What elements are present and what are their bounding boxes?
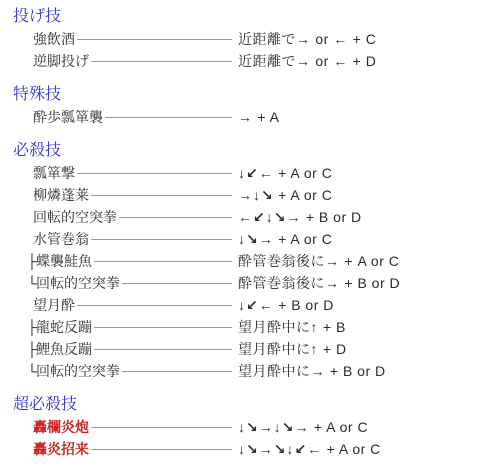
move-command: 酔管巻翁後に→ + B or D xyxy=(238,272,400,294)
move-name: 回転的空突拳 xyxy=(36,272,120,294)
leader-line xyxy=(119,217,232,218)
move-row: ├ 鯉魚反蹦 望月酔中に↑ + D xyxy=(0,338,480,360)
move-row-left: 水管巻翁 xyxy=(33,228,238,250)
section-heading: 投げ技 xyxy=(0,6,480,28)
move-row-left: └ 回転的空突拳 xyxy=(33,360,238,382)
move-row-left: 回転的空突拳 xyxy=(33,206,238,228)
leader-line xyxy=(91,239,232,240)
move-row: └ 回転的空突拳 望月酔中に→ + B or D xyxy=(0,360,480,382)
move-command: 酔管巻翁後に→ + A or C xyxy=(238,250,399,272)
move-command: 望月酔中に↑ + D xyxy=(238,338,347,360)
leader-line xyxy=(91,427,232,428)
move-command: 望月酔中に→ + B or D xyxy=(238,360,386,382)
move-name: 鯉魚反蹦 xyxy=(36,338,92,360)
section-heading: 必殺技 xyxy=(0,140,480,162)
move-row-left: 逆脚投げ xyxy=(33,50,238,72)
move-name: 轟炎招来 xyxy=(33,438,89,460)
move-name: 酔歩瓢箪襲 xyxy=(33,106,103,128)
move-row: 轟炎招来 ↓↘→↘↓↙← + A or C xyxy=(0,438,480,460)
tree-branch-icon: ├ xyxy=(27,250,36,272)
leader-line xyxy=(94,349,232,350)
tree-branch-icon: └ xyxy=(27,360,36,382)
leader-line xyxy=(77,305,232,306)
move-name: 望月酔 xyxy=(33,294,75,316)
tree-branch-icon: └ xyxy=(27,272,36,294)
move-name: 回転的空突拳 xyxy=(36,360,120,382)
leader-line xyxy=(122,371,232,372)
move-command: ↓↘→ + A or C xyxy=(238,228,332,250)
move-name: 龍蛇反蹦 xyxy=(36,316,92,338)
move-row: 強飲酒 近距離で→ or ← + C xyxy=(0,28,480,50)
move-command: ↓↘→↘↓↙← + A or C xyxy=(238,438,381,460)
move-name: 柳燐蓬莱 xyxy=(33,184,89,206)
move-row: ├ 龍蛇反蹦 望月酔中に↑ + B xyxy=(0,316,480,338)
move-row: 酔歩瓢箪襲 → + A xyxy=(0,106,480,128)
move-row-left: 轟欄炎炮 xyxy=(33,416,238,438)
section: 特殊技 酔歩瓢箪襲 → + A xyxy=(0,84,480,128)
section-rows: 強飲酒 近距離で→ or ← + C 逆脚投げ 近距離で→ or ← + D xyxy=(0,28,480,72)
move-command: 望月酔中に↑ + B xyxy=(238,316,346,338)
move-row-left: 望月酔 xyxy=(33,294,238,316)
move-row-left: ├ 龍蛇反蹦 xyxy=(33,316,238,338)
move-row-left: 轟炎招来 xyxy=(33,438,238,460)
move-name: 轟欄炎炮 xyxy=(33,416,89,438)
tree-branch-icon: ├ xyxy=(27,338,36,360)
move-name: 瓢箪撃 xyxy=(33,162,75,184)
leader-line xyxy=(91,449,232,450)
leader-line xyxy=(94,261,232,262)
section: 超必殺技 轟欄炎炮 ↓↘→↓↘→ + A or C 轟炎招来 ↓↘→↘↓↙← +… xyxy=(0,394,480,460)
move-row: 逆脚投げ 近距離で→ or ← + D xyxy=(0,50,480,72)
move-row: 水管巻翁 ↓↘→ + A or C xyxy=(0,228,480,250)
move-row: 望月酔 ↓↙← + B or D xyxy=(0,294,480,316)
move-row: ├ 蝶襲鮭魚 酔管巻翁後に→ + A or C xyxy=(0,250,480,272)
leader-line xyxy=(91,195,232,196)
section: 投げ技 強飲酒 近距離で→ or ← + C 逆脚投げ 近距離で→ or ← +… xyxy=(0,6,480,72)
section-heading: 超必殺技 xyxy=(0,394,480,416)
move-row-left: 柳燐蓬莱 xyxy=(33,184,238,206)
move-row: 柳燐蓬莱 →↓↘ + A or C xyxy=(0,184,480,206)
leader-line xyxy=(122,283,232,284)
move-row: └ 回転的空突拳 酔管巻翁後に→ + B or D xyxy=(0,272,480,294)
move-row-left: ├ 蝶襲鮭魚 xyxy=(33,250,238,272)
move-command: → + A xyxy=(238,106,280,128)
move-row-left: 瓢箪撃 xyxy=(33,162,238,184)
move-name: 逆脚投げ xyxy=(33,50,89,72)
move-command: →↓↘ + A or C xyxy=(238,184,332,206)
move-name: 水管巻翁 xyxy=(33,228,89,250)
leader-line xyxy=(94,327,232,328)
leader-line xyxy=(77,173,232,174)
section: 必殺技 瓢箪撃 ↓↙← + A or C 柳燐蓬莱 →↓↘ + A or C 回… xyxy=(0,140,480,382)
move-name: 強飲酒 xyxy=(33,28,75,50)
section-rows: 瓢箪撃 ↓↙← + A or C 柳燐蓬莱 →↓↘ + A or C 回転的空突… xyxy=(0,162,480,382)
move-row-left: └ 回転的空突拳 xyxy=(33,272,238,294)
move-name: 回転的空突拳 xyxy=(33,206,117,228)
move-command: ↓↙← + A or C xyxy=(238,162,332,184)
move-row-left: 強飲酒 xyxy=(33,28,238,50)
move-row-left: 酔歩瓢箪襲 xyxy=(33,106,238,128)
move-command: ↓↙← + B or D xyxy=(238,294,334,316)
move-row: 瓢箪撃 ↓↙← + A or C xyxy=(0,162,480,184)
section-rows: 酔歩瓢箪襲 → + A xyxy=(0,106,480,128)
move-command: 近距離で→ or ← + D xyxy=(238,50,376,72)
move-row: 回転的空突拳 ←↙↓↘→ + B or D xyxy=(0,206,480,228)
leader-line xyxy=(105,117,232,118)
section-rows: 轟欄炎炮 ↓↘→↓↘→ + A or C 轟炎招来 ↓↘→↘↓↙← + A or… xyxy=(0,416,480,460)
leader-line xyxy=(91,61,232,62)
move-command: ↓↘→↓↘→ + A or C xyxy=(238,416,368,438)
move-row-left: ├ 鯉魚反蹦 xyxy=(33,338,238,360)
leader-line xyxy=(77,39,232,40)
move-command: 近距離で→ or ← + C xyxy=(238,28,376,50)
tree-branch-icon: ├ xyxy=(27,316,36,338)
section-heading: 特殊技 xyxy=(0,84,480,106)
move-command: ←↙↓↘→ + B or D xyxy=(238,206,362,228)
move-list: 投げ技 強飲酒 近距離で→ or ← + C 逆脚投げ 近距離で→ or ← +… xyxy=(0,0,480,476)
sections-container: 投げ技 強飲酒 近距離で→ or ← + C 逆脚投げ 近距離で→ or ← +… xyxy=(0,6,480,460)
move-name: 蝶襲鮭魚 xyxy=(36,250,92,272)
move-row: 轟欄炎炮 ↓↘→↓↘→ + A or C xyxy=(0,416,480,438)
